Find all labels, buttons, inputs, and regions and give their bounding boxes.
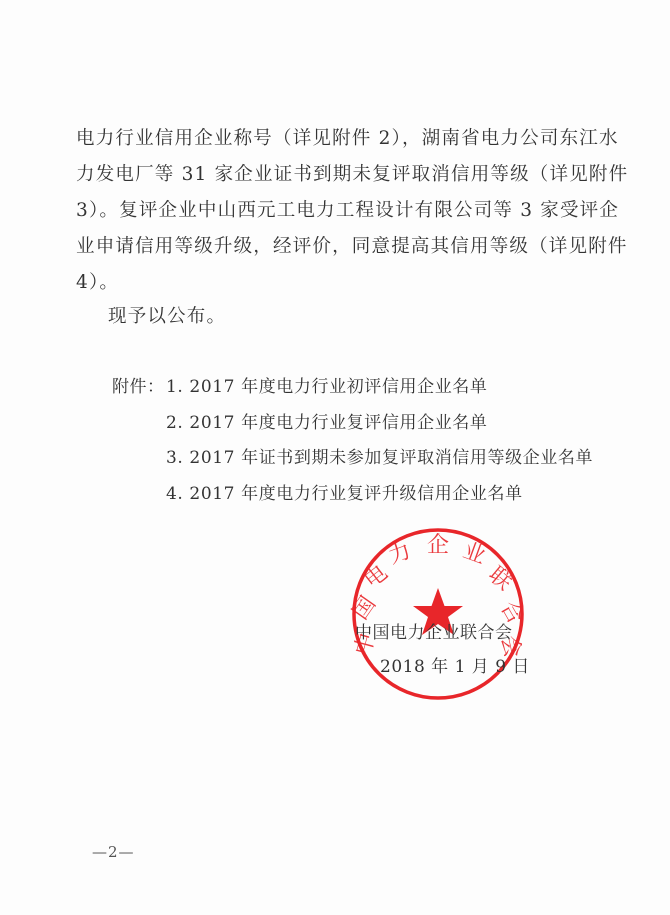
seal-char-7: 联 [484,562,517,595]
signature-date: 2018 年 1 月 9 日 [380,652,530,677]
paragraph-line-5: 4）。 [76,268,119,294]
attachment-item-4: 4. 2017 年度电力行业复评升级信用企业名单 [166,479,523,504]
attachment-item-1: 1. 2017 年度电力行业初评信用企业名单 [166,372,488,397]
paragraph-line-1: 电力行业信用企业称号（详见附件 2），湖南省电力公司东江水 [76,124,619,150]
attachment-item-3: 3. 2017 年证书到期未参加复评取消信用等级企业名单 [166,443,593,468]
paragraph-line-2: 力发电厂等 31 家企业证书到期未复评取消信用等级（详见附件 [76,160,628,186]
announcement-text: 现予以公布。 [108,302,226,328]
paragraph-line-4: 业申请信用等级升级，经评价，同意提高其信用等级（详见附件 [76,232,628,258]
paragraph-line-3: 3）。复评企业中山西元工电力工程设计有限公司等 3 家受评企 [76,196,619,222]
attachments-label: 附件： [112,372,165,397]
document-page: 电力行业信用企业称号（详见附件 2），湖南省电力公司东江水 力发电厂等 31 家… [0,0,670,915]
seal-char-4: 力 [385,538,414,569]
page-number: —2— [92,843,135,861]
signature-organization: 中国电力企业联合会 [355,618,513,643]
attachment-item-2: 2. 2017 年度电力行业复评信用企业名单 [166,408,488,433]
seal-char-3: 电 [360,560,393,593]
seal-char-5: 企 [427,533,449,558]
